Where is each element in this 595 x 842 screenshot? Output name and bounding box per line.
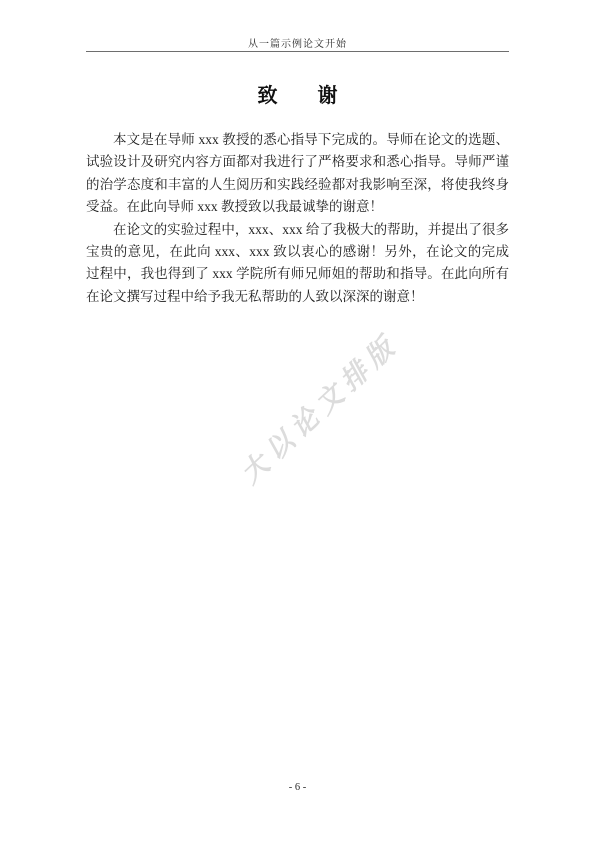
watermark-text: 大以论文排版 xyxy=(230,323,406,491)
document-page: 从一篇示例论文开始 致 谢 本文是在导师 xxx 教授的悉心指导下完成的。导师在… xyxy=(0,0,595,842)
header-rule xyxy=(86,51,509,52)
running-header: 从一篇示例论文开始 xyxy=(86,35,509,50)
paragraph-2: 在论文的实验过程中，xxx、xxx 给了我极大的帮助，并提出了很多宝贵的意见，在… xyxy=(86,219,509,309)
paragraph-1: 本文是在导师 xxx 教授的悉心指导下完成的。导师在论文的选题、试验设计及研究内… xyxy=(86,129,509,219)
page-title: 致 谢 xyxy=(0,79,595,108)
page-number: - 6 - xyxy=(0,782,595,793)
body-text: 本文是在导师 xxx 教授的悉心指导下完成的。导师在论文的选题、试验设计及研究内… xyxy=(86,129,509,308)
